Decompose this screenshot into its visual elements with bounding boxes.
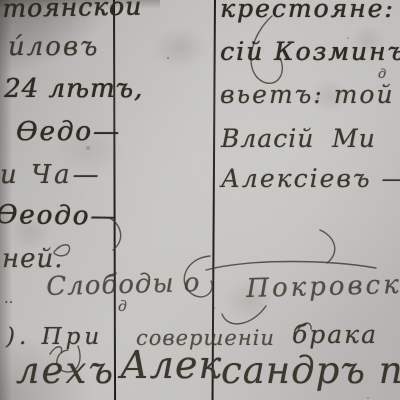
- handwriting-left-line-8-marks: ‥: [4, 292, 14, 306]
- handwriting-bottom-name-part-1: Алек: [120, 346, 222, 384]
- flourish-swash: [206, 262, 376, 271]
- handwriting-left-line-8-sloboda: Слободы о: [46, 270, 201, 300]
- handwriting-left-line-7: ней.: [2, 246, 64, 272]
- handwriting-left-line-1: тоянской: [2, 0, 142, 21]
- handwriting-line-9-start: ). При: [6, 326, 103, 349]
- handwriting-left-line-5: и Ча—: [0, 162, 102, 188]
- handwriting-left-line-6: Ѳеодо—: [0, 202, 118, 230]
- scanned-manuscript-page: { "page": { "kind": "Scanned page of a h…: [0, 0, 400, 400]
- handwriting-right-superscript-d: д: [378, 68, 387, 81]
- handwriting-right-line-4: Власій Ми: [221, 126, 376, 151]
- handwriting-left-line-3-age: 24 лѣтъ,: [4, 76, 143, 102]
- handwriting-line-9-end: брака: [292, 322, 378, 347]
- handwriting-left-line-4: Ѳедо—: [16, 119, 121, 145]
- handwriting-right-line-2: сій Козминъ: [220, 39, 400, 64]
- flourish-paren-right: [320, 230, 335, 263]
- handwriting-right-line-6: Покровскои: [246, 271, 400, 302]
- handwriting-left-line-2: и́ловъ: [8, 34, 99, 60]
- flourish-tail-pokrov: [222, 306, 266, 324]
- handwriting-superscript-d: д: [118, 300, 128, 314]
- handwriting-right-line-1: крестояне: Ю: [220, 0, 400, 21]
- handwriting-bottom-name-part-2: сандръ по: [221, 352, 400, 389]
- handwriting-right-line-3: вьетъ: той ж: [220, 82, 400, 107]
- handwriting-bottom-left-word: лехъ: [16, 352, 115, 389]
- handwriting-right-line-5: Алексіевъ —: [221, 166, 400, 191]
